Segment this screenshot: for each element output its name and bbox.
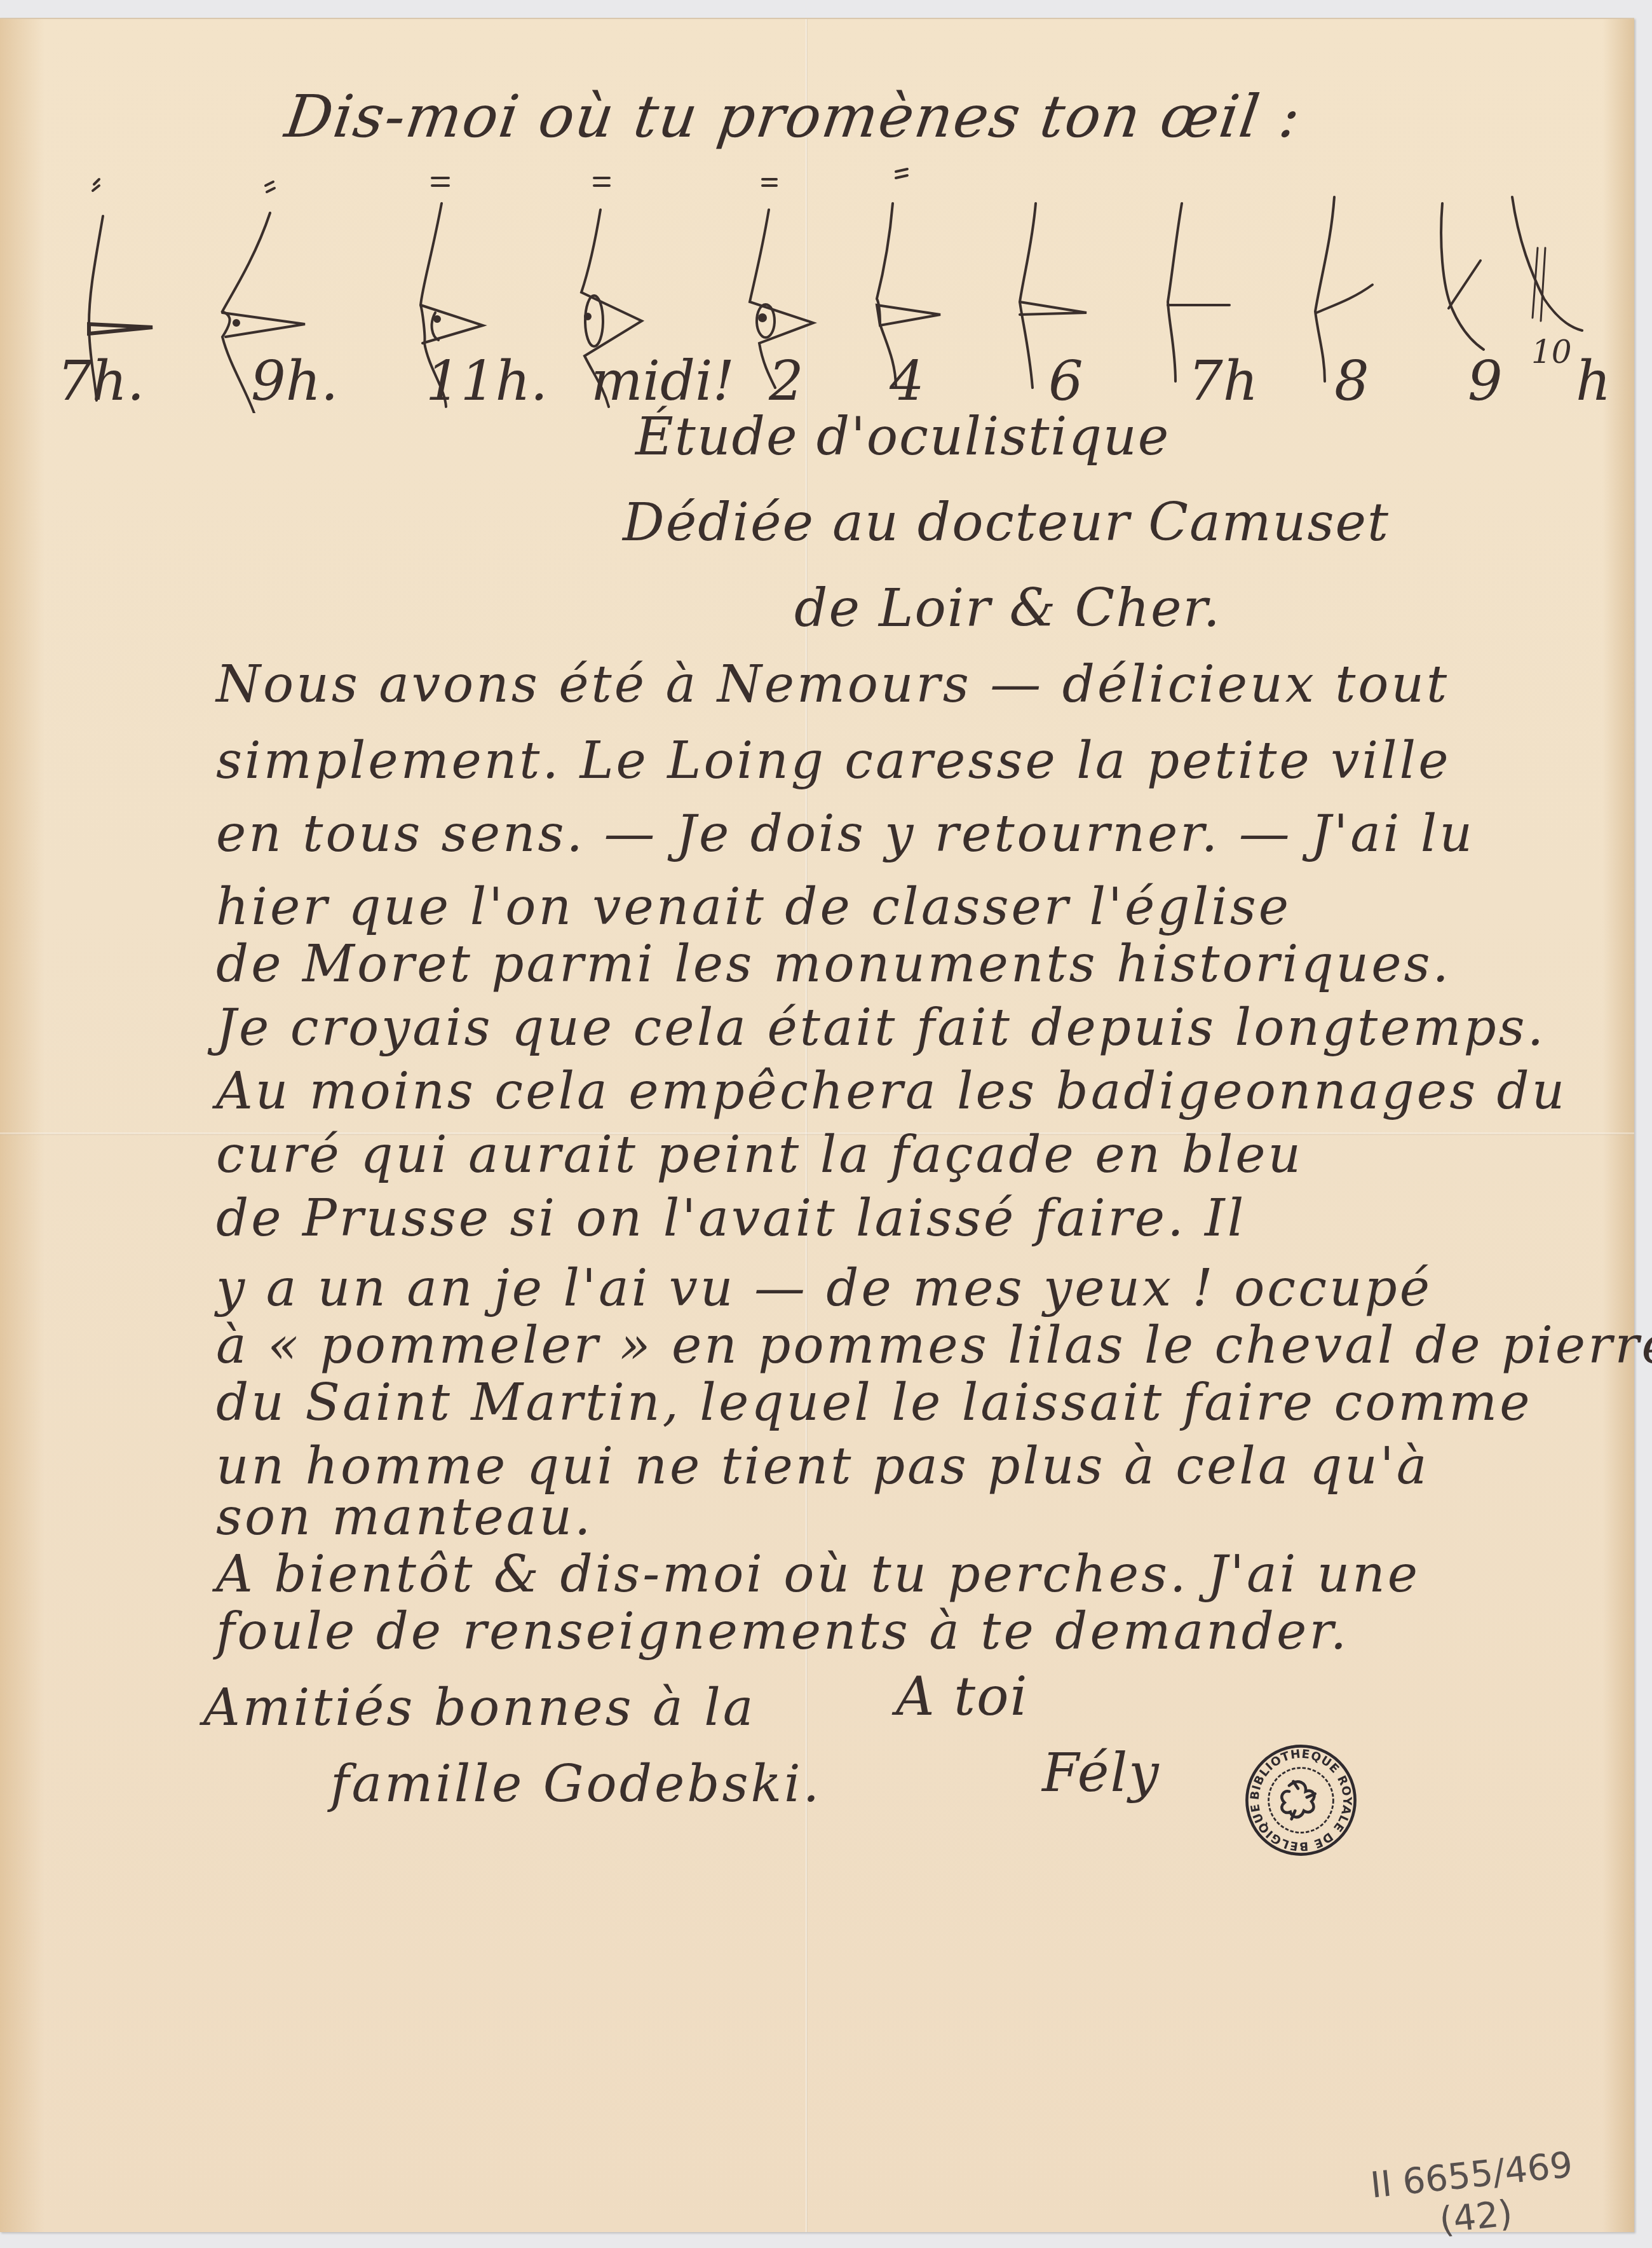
time-label: midi! <box>591 350 735 413</box>
svg-text:BIBLIOTHEQUE ROYALE DE BELGIQU: BIBLIOTHEQUE ROYALE DE BELGIQUE <box>1249 1748 1354 1853</box>
body-line: de Prusse si on l'avait laissé faire. Il <box>216 1189 1246 1248</box>
time-label: 10 <box>1531 334 1572 371</box>
body-line: y a un an je l'ai vu — de mes yeux ! occ… <box>216 1258 1432 1318</box>
body-line: simplement. Le Loing caresse la petite v… <box>216 731 1451 790</box>
closing-greeting: Amitiés bonnes à la <box>203 1678 755 1737</box>
eye-sketch-icon <box>1512 197 1582 330</box>
time-label: h <box>1576 350 1611 413</box>
time-label: 8 <box>1334 350 1369 413</box>
dedication-line-1: Étude d'oculistique <box>635 407 1170 467</box>
body-line: du Saint Martin, lequel le laissait fair… <box>216 1373 1532 1432</box>
body-line: Au moins cela empêchera les badigeonnage… <box>216 1061 1567 1121</box>
time-label: 6 <box>1048 350 1083 413</box>
body-line: Je croyais que cela était fait depuis lo… <box>216 998 1546 1057</box>
eye-sequence-sketches <box>0 146 1652 413</box>
valediction: A toi <box>896 1665 1029 1727</box>
eye-sketch-icon <box>1441 203 1484 350</box>
time-label: 9h. <box>251 350 338 413</box>
time-label: 11h. <box>426 350 548 413</box>
body-line: A bientôt & dis-moi où tu perches. J'ai … <box>216 1544 1420 1604</box>
time-label: 7h <box>1188 350 1258 413</box>
dedication-line-2: Dédiée au docteur Camuset <box>623 493 1390 553</box>
closing-family: famille Godebski. <box>330 1754 822 1813</box>
body-line: Nous avons été à Nemours — délicieux tou… <box>216 655 1449 714</box>
time-label: 2 <box>769 350 804 413</box>
time-label: 9 <box>1468 350 1503 413</box>
body-line: de Moret parmi les monuments historiques… <box>216 934 1451 993</box>
time-label: 4 <box>890 350 924 413</box>
letter-heading: Dis-moi où tu promènes ton œil : <box>281 83 1305 151</box>
body-line: son manteau. <box>216 1487 593 1546</box>
body-line: en tous sens. — Je dois y retourner. — J… <box>216 804 1475 863</box>
signature: Fély <box>1042 1741 1160 1804</box>
body-line: foule de renseignements à te demander. <box>216 1602 1349 1661</box>
dedication-line-3: de Loir & Cher. <box>794 578 1221 639</box>
library-stamp: BIBLIOTHEQUE ROYALE DE BELGIQUE <box>1242 1741 1360 1859</box>
letter-page: Dis-moi où tu promènes ton œil : <box>0 18 1634 2232</box>
body-line: curé qui aurait peint la façade en bleu <box>216 1125 1303 1184</box>
catalog-mark: II 6655/469 (42) <box>1369 2144 1579 2248</box>
lion-emblem-icon <box>1282 1781 1315 1819</box>
time-label: 7h. <box>57 350 144 413</box>
body-line: hier que l'on venait de classer l'église <box>216 877 1291 936</box>
body-line: à « pommeler » en pommes lilas le cheval… <box>216 1316 1652 1375</box>
